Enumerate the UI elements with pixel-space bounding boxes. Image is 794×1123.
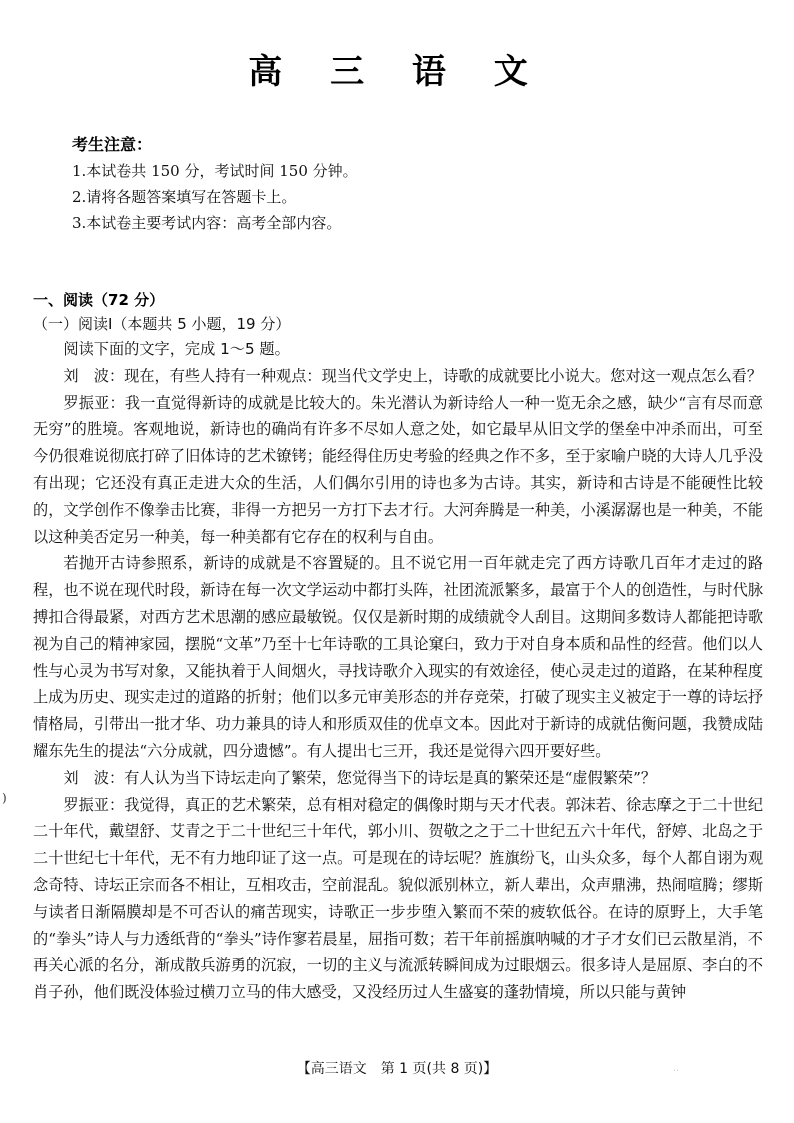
page-title: 高 三 语 文 [0, 44, 794, 93]
instruction: 阅读下面的文字，完成 1～5 题。 [33, 336, 763, 363]
margin-mark: ) [2, 791, 7, 805]
notice-item: 2.请将各题答案填写在答题卡上。 [72, 184, 358, 210]
passage-paragraph: 罗振亚：我觉得，真正的艺术繁荣，总有相对稳定的偶像时期与天才代表。郭沫若、徐志摩… [33, 792, 763, 1006]
passage-paragraph: 刘 波：现在，有些人持有一种观点：现当代文学史上，诗歌的成就要比小说大。您对这一… [33, 363, 763, 390]
paragraph-text: 我一直觉得新诗的成就是比较大的。朱光潜认为新诗给人一种一览无余之感，缺少“言有尽… [33, 394, 763, 546]
notice-item: 3.本试卷主要考试内容：高考全部内容。 [72, 210, 358, 236]
passage-paragraph: 刘 波：有人认为当下诗坛走向了繁荣，您觉得当下的诗坛是真的繁荣还是“虚假繁荣”？ [33, 765, 763, 792]
section-heading: 一、阅读（72 分） [33, 288, 164, 312]
subsection-heading: （一）阅读Ⅰ（本题共 5 小题，19 分） [33, 312, 290, 336]
speaker-label: 刘 波： [63, 367, 124, 385]
reading-passage: 阅读下面的文字，完成 1～5 题。 刘 波：现在，有些人持有一种观点：现当代文学… [33, 336, 763, 1006]
notice-heading: 考生注意： [72, 132, 358, 158]
passage-paragraph: 若抛开古诗参照系，新诗的成就是不容置疑的。且不说它用一百年就走完了西方诗歌几百年… [33, 550, 763, 764]
paragraph-text: 现在，有些人持有一种观点：现当代文学史上，诗歌的成就要比小说大。您对这一观点怎么… [124, 367, 762, 385]
exam-notice: 考生注意： 1.本试卷共 150 分，考试时间 150 分钟。 2.请将各题答案… [72, 132, 358, 236]
paragraph-text: 若抛开古诗参照系，新诗的成就是不容置疑的。且不说它用一百年就走完了西方诗歌几百年… [33, 554, 763, 760]
scan-artifact: ˙˙ [673, 1070, 679, 1077]
speaker-label: 刘 波： [63, 769, 124, 787]
paragraph-text: 我觉得，真正的艺术繁荣，总有相对稳定的偶像时期与天才代表。郭沫若、徐志摩之于二十… [33, 796, 763, 1002]
passage-paragraph: 罗振亚：我一直觉得新诗的成就是比较大的。朱光潜认为新诗给人一种一览无余之感，缺少… [33, 390, 763, 551]
notice-item: 1.本试卷共 150 分，考试时间 150 分钟。 [72, 158, 358, 184]
speaker-label: 罗振亚： [63, 796, 124, 814]
speaker-label: 罗振亚： [63, 394, 125, 412]
paragraph-text: 有人认为当下诗坛走向了繁荣，您觉得当下的诗坛是真的繁荣还是“虚假繁荣”？ [124, 769, 656, 787]
